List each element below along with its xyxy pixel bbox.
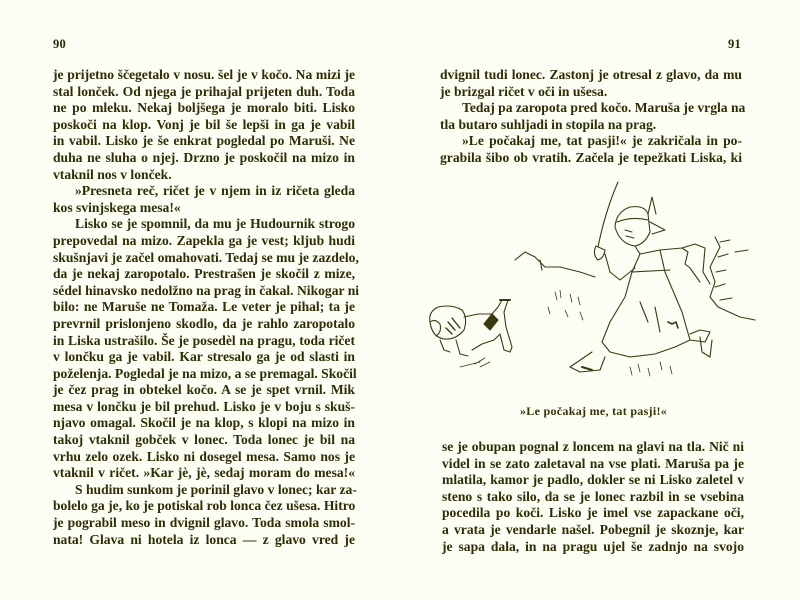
text-line: skušnjavi je začel omahovati. Tedaj se m…: [53, 250, 355, 267]
text-line: mesa v lončku je bil prehud. Lisko je v …: [53, 399, 355, 416]
text-line: prevrnil prislonjeno skodlo, da je rahlo…: [53, 316, 355, 333]
body-text-top: dvignil tudi lonec. Zastonj je otresal z…: [440, 67, 742, 167]
text-line: Lisko se je spomnil, da mu je Hudournik …: [53, 216, 355, 233]
text-line: vtaknil nos v lonček.: [53, 167, 355, 184]
text-line: dvignil tudi lonec. Zastonj je otresal z…: [440, 67, 742, 84]
left-page: 90 je prijetno ščegetalo v nosu. šel je …: [0, 0, 400, 600]
text-line: »Le počakaj me, tat pasji!« je zakričala…: [440, 133, 742, 150]
text-line: mlatila, kamor je padlo, dokler se ni Li…: [442, 472, 744, 489]
text-line: je brizgal ričet v oči in ušesa.: [440, 84, 742, 101]
text-line: in Liska ustrašilo. Še je posedèl na pra…: [53, 333, 355, 350]
text-line: kos svinjskega mesa!«: [53, 200, 355, 217]
body-text-bottom: se je obupan pognal z loncem na glavi na…: [442, 439, 744, 555]
text-line: stal lonček. Od njega je prihajal prijet…: [53, 84, 355, 101]
text-line: se je obupan pognal z loncem na glavi na…: [442, 439, 744, 456]
text-line: pocedila po koči. Lisko je imel vse zapa…: [442, 505, 744, 522]
chase-illustration: [420, 172, 800, 397]
text-line: prepovedal na mizo. Zapekla ga je vest; …: [53, 233, 355, 250]
text-line: je čez prag in obtekel kočo. A se je spe…: [53, 382, 355, 399]
text-line: je pograbil meso in dvignil glavo. Toda …: [53, 515, 355, 532]
text-line: njavo omagal. Skočil je na klop, s klopi…: [53, 415, 355, 432]
text-line: v lončku ga je vabil. Kar stresalo ga je…: [53, 349, 355, 366]
text-line: takoj vtaknil gobček v lonec. Toda lonec…: [53, 432, 355, 449]
text-line: S hudim sunkom je porinil glavo v lonec;…: [53, 482, 355, 499]
text-line: duha ne sluha o njej. Drzno je poskočil …: [53, 150, 355, 167]
text-line: »Presneta reč, ričet je v njem in iz rič…: [53, 183, 355, 200]
text-line: vtaknil v ričet. »Kar jè, jè, sedaj mora…: [53, 465, 355, 482]
text-line: je prijetno ščegetalo v nosu. šel je v k…: [53, 67, 355, 84]
text-line: tla butaro suhljadi in stopila na prag.: [440, 117, 742, 134]
page-number: 90: [53, 37, 66, 52]
text-line: nata! Glava ni hotela iz lonca — z glavo…: [53, 532, 355, 549]
text-line: steno s tako silo, da se je lonec razbil…: [442, 489, 744, 506]
text-line: vrhu zelo ozek. Lisko ni dosegel mesa. S…: [53, 449, 355, 466]
page-number: 91: [728, 37, 741, 52]
text-line: poželenja. Pogledal je na mizo, a se pre…: [53, 366, 355, 383]
illustration-caption: »Le počakaj me, tat pasji!«: [520, 404, 667, 419]
text-line: a vrata je vendarle našel. Pobegnil je s…: [442, 522, 744, 539]
text-line: je sapa dala, in na pragu ujel še zadnjo…: [442, 539, 744, 556]
text-line: da je nekaj zaropotalo. Prestrašen je sk…: [53, 266, 355, 283]
body-text: je prijetno ščegetalo v nosu. šel je v k…: [53, 67, 355, 548]
text-line: grabila šibo ob vratih. Začela je tepežk…: [440, 150, 742, 167]
right-page: 91 dvignil tudi lonec. Zastonj je otresa…: [400, 0, 800, 600]
text-line: ne po mleku. Nekaj boljšega je moralo bi…: [53, 100, 355, 117]
text-line: bolelo ga je, ko je potiskal rob lonca č…: [53, 498, 355, 515]
text-line: bilo: ne Maruše ne Tomaža. Le veter je p…: [53, 299, 355, 316]
text-line: sédel hinavsko nedolžno na prag in čakal…: [53, 283, 355, 300]
text-line: videl in se zato zaletaval na vse plati.…: [442, 456, 744, 473]
text-line: Tedaj pa zaropota pred kočo. Maruša je v…: [440, 100, 742, 117]
text-line: poskoči na klop. Vonj je bil še lepši in…: [53, 117, 355, 134]
text-line: in vabil. Lisko je še enkrat pogledal po…: [53, 133, 355, 150]
